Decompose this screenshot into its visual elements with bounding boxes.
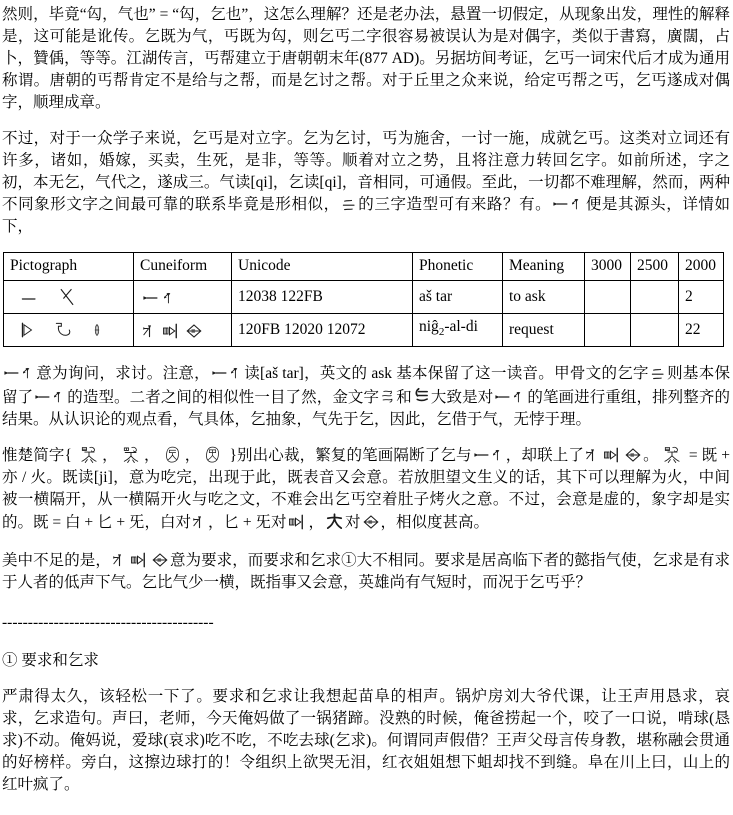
paragraph-4: 惟楚简字{ ，，， }别出心裁，繁复的笔画隔断了乞与，却联上了。 = 既 + 亦… [2, 445, 730, 534]
col-header-pictograph: Pictograph [4, 253, 134, 281]
separator-line: ----------------------------------------… [2, 612, 730, 634]
pict-hand-glyph [52, 320, 74, 340]
paragraph-2: 不过，对于一众学子来说，乞丐是对立字。乞为乞讨，丐为施舍，一讨一施，成就乞丐。这… [2, 128, 730, 238]
cune-ash-glyph [552, 195, 569, 213]
cune-tar-glyph [22, 364, 35, 382]
pict-line-glyph [18, 291, 40, 307]
chu-1-glyph [79, 445, 99, 465]
col-header-cuneiform: Cuneiform [134, 253, 232, 281]
cell-cuneiform [134, 281, 232, 314]
cell-3000 [585, 281, 631, 314]
chu-4-glyph [203, 445, 222, 465]
col-header-phonetic: Phonetic [413, 253, 503, 281]
paragraph-6: 严肃得太久，该轻松一下了。要求和乞求让我想起苗阜的相声。锅炉房刘大爷代课，让王声… [2, 686, 730, 796]
cune-tar-glyph [571, 195, 584, 213]
cell-phonetic: aš tar [413, 281, 503, 314]
footnote-title: ① 要求和乞求 [2, 650, 730, 672]
cell-phonetic: niĝ2-al-di [413, 314, 503, 347]
cune-nig-glyph [192, 513, 207, 531]
cell-unicode: 120FB 12020 12072 [232, 314, 413, 347]
cell-pictograph [4, 314, 134, 347]
col-header-meaning: Meaning [503, 253, 585, 281]
cune-ash-glyph [142, 289, 159, 307]
cune-al-glyph [129, 551, 149, 569]
cune-ash-glyph [211, 364, 228, 382]
cune-al-glyph [161, 322, 181, 340]
cune-tar-glyph [163, 289, 176, 307]
chu-3-glyph [163, 445, 182, 465]
col-header-2000: 2000 [679, 253, 724, 281]
bronze-qi2-glyph [413, 385, 430, 406]
paragraph-3: 意为询问，求讨。注意，读[aš tar]，英文的 ask 基本保留了这一读音。甲… [2, 363, 730, 431]
cell-2500 [631, 281, 679, 314]
col-header-3000: 3000 [585, 253, 631, 281]
cell-2000: 2 [679, 281, 724, 314]
paragraph-5: 美中不足的是，意为要求，而要求和乞求①大不相同。要求是居高临下者的懿指气使，乞求… [2, 550, 730, 594]
cune-ash-glyph [3, 364, 20, 382]
oracle-qi-glyph [650, 367, 666, 382]
cune-tar-glyph [230, 364, 243, 382]
paragraph-1: 然则，毕竟“匃，气也” = “匃，乞也”，这怎么理解？还是老办法，悬置一切假定，… [2, 4, 730, 114]
col-header-2500: 2500 [631, 253, 679, 281]
cell-pictograph [4, 281, 134, 314]
cell-2000: 22 [679, 314, 724, 347]
pict-cross-glyph [56, 287, 78, 307]
cune-ash-glyph [473, 446, 490, 464]
cune-tar-glyph [53, 388, 66, 406]
cune-ash-glyph [494, 388, 511, 406]
cune-tar-glyph [492, 446, 505, 464]
cune-di-glyph [185, 322, 203, 340]
etymology-table: Pictograph Cuneiform Unicode Phonetic Me… [3, 252, 724, 347]
cune-tar-glyph [513, 388, 526, 406]
bronze-qi-glyph [380, 387, 395, 406]
chu-2-glyph [121, 445, 141, 465]
pict-lens-glyph [90, 320, 104, 340]
cell-meaning: to ask [503, 281, 585, 314]
cune-di-glyph [362, 513, 380, 531]
cune-nig-glyph [142, 322, 157, 340]
cune-nig-glyph [112, 551, 127, 569]
cune-ash-glyph [34, 388, 51, 406]
col-header-unicode: Unicode [232, 253, 413, 281]
table-row: 120FB 12020 12072 niĝ2-al-di request 22 [4, 314, 724, 347]
cune-nig-glyph [585, 446, 600, 464]
big-da-glyph [325, 511, 344, 531]
pict-sila-glyph [18, 320, 36, 340]
cell-3000 [585, 314, 631, 347]
table-row: 12038 122FB aš tar to ask 2 [4, 281, 724, 314]
cell-meaning: request [503, 314, 585, 347]
cune-di-glyph [624, 446, 642, 464]
cune-al-glyph [287, 513, 307, 531]
table-header-row: Pictograph Cuneiform Unicode Phonetic Me… [4, 253, 724, 281]
cune-di-glyph [151, 551, 169, 569]
cell-unicode: 12038 122FB [232, 281, 413, 314]
oracle-qi-glyph [341, 198, 357, 213]
chu-1-glyph [662, 445, 682, 465]
document-body: 然则，毕竟“匃，气也” = “匃，乞也”，这怎么理解？还是老办法，悬置一切假定，… [2, 4, 730, 796]
cell-cuneiform [134, 314, 232, 347]
cune-al-glyph [602, 446, 622, 464]
cell-2500 [631, 314, 679, 347]
